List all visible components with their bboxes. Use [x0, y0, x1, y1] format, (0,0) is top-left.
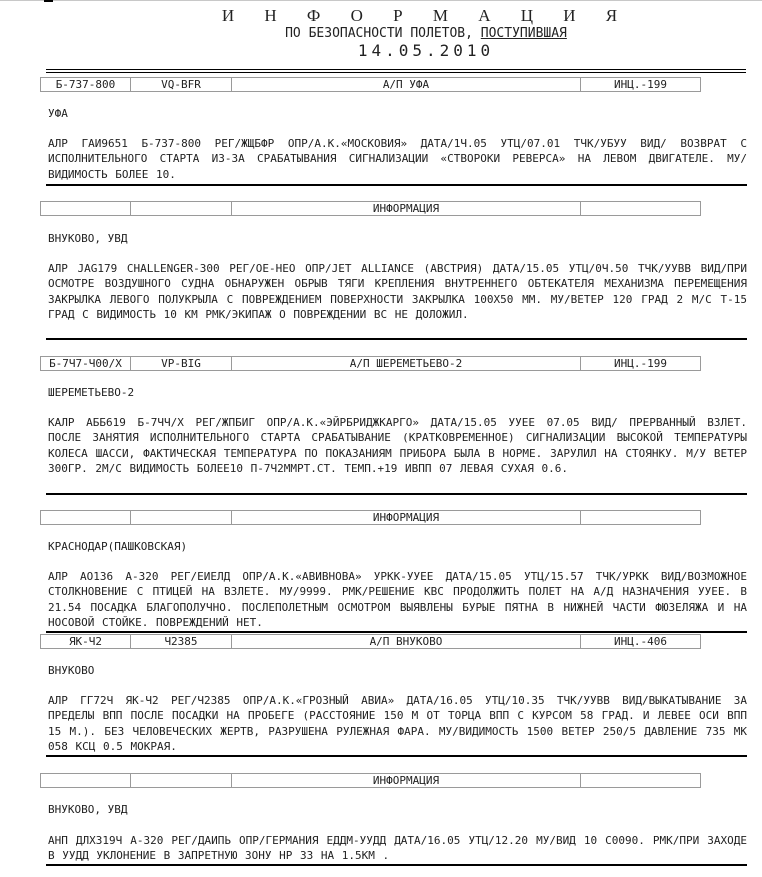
entry-info-table: ИНФОРМАЦИЯ: [40, 201, 701, 216]
entry-location: ВНУКОВО: [48, 664, 94, 678]
incident-number-cell: ИНЦ.-406: [581, 635, 700, 648]
entry-report-text: КАЛР АББ619 Б-7ЧЧ/Х РЕГ/ЖПБИГ ОПР/А.К.«Э…: [48, 415, 747, 476]
registration-cell: VQ-BFR: [131, 78, 232, 91]
entry-report-text: АЛР АО136 А-320 РЕГ/ЕИЕЛД ОПР/А.К.«АВИВН…: [48, 569, 747, 630]
entry-info-table: Б-737-800 VQ-BFR А/П УФА ИНЦ.-199: [40, 77, 701, 92]
incident-number-cell: [581, 202, 700, 215]
entry-report-text: АЛР JAG179 CHALLENGER-300 РЕГ/OE-HEO ОПР…: [48, 261, 747, 322]
document-date: 14.05.2010: [0, 42, 762, 60]
aircraft-type-cell: Б-7Ч7-Ч00/Х: [41, 357, 131, 370]
document-header: И Н Ф О Р М А Ц И Я ПО БЕЗОПАСНОСТИ ПОЛЕ…: [0, 6, 762, 60]
airport-cell: ИНФОРМАЦИЯ: [232, 202, 581, 215]
entry-info-table: ИНФОРМАЦИЯ: [40, 773, 701, 788]
entry-info-table: ИНФОРМАЦИЯ: [40, 510, 701, 525]
entry-location: КРАСНОДАР(ПАШКОВСКАЯ): [48, 540, 187, 554]
aircraft-type-cell: ЯК-Ч2: [41, 635, 131, 648]
airport-cell: ИНФОРМАЦИЯ: [232, 774, 581, 787]
registration-cell: [131, 202, 232, 215]
aircraft-type-cell: [41, 202, 131, 215]
document-subtitle: ПО БЕЗОПАСНОСТИ ПОЛЕТОВ, ПОСТУПИВШАЯ: [0, 26, 762, 42]
registration-cell: [131, 511, 232, 524]
entry-location: УФА: [48, 107, 68, 121]
registration-cell: Ч2385: [131, 635, 232, 648]
page-top-border: [0, 0, 762, 1]
entry-info-table: ЯК-Ч2 Ч2385 А/П ВНУКОВО ИНЦ.-406: [40, 634, 701, 649]
entry-separator-rule: [46, 184, 747, 186]
entry-separator-rule: [46, 755, 747, 757]
airport-cell: А/П ВНУКОВО: [232, 635, 581, 648]
entry-location: ВНУКОВО, УВД: [48, 232, 127, 246]
entry-location: ВНУКОВО, УВД: [48, 803, 127, 817]
entry-location: ШЕРЕМЕТЬЕВО-2: [48, 386, 134, 400]
incident-number-cell: [581, 511, 700, 524]
subtitle-underlined-word: ПОСТУПИВШАЯ: [481, 26, 567, 41]
subtitle-text: ПО БЕЗОПАСНОСТИ ПОЛЕТОВ,: [285, 26, 481, 41]
entry-separator-rule: [46, 864, 747, 866]
entry-info-table: Б-7Ч7-Ч00/Х VP-BIG А/П ШЕРЕМЕТЬЕВО-2 ИНЦ…: [40, 356, 701, 371]
entry-separator-rule: [46, 338, 747, 340]
registration-cell: [131, 774, 232, 787]
header-double-rule: [46, 69, 746, 73]
entry-report-text: АЛР ГАИ9651 Б-737-800 РЕГ/ЖЩБФР ОПР/А.К.…: [48, 136, 747, 182]
aircraft-type-cell: [41, 774, 131, 787]
entry-report-text: АНП ДЛХ319Ч А-320 РЕГ/ДАИПЬ ОПР/ГЕРМАНИЯ…: [48, 833, 747, 864]
registration-cell: VP-BIG: [131, 357, 232, 370]
incident-number-cell: [581, 774, 700, 787]
aircraft-type-cell: [41, 511, 131, 524]
text-cursor-mark: [44, 0, 53, 2]
incident-number-cell: ИНЦ.-199: [581, 78, 700, 91]
aircraft-type-cell: Б-737-800: [41, 78, 131, 91]
airport-cell: ИНФОРМАЦИЯ: [232, 511, 581, 524]
airport-cell: А/П ШЕРЕМЕТЬЕВО-2: [232, 357, 581, 370]
airport-cell: А/П УФА: [232, 78, 581, 91]
incident-number-cell: ИНЦ.-199: [581, 357, 700, 370]
entry-separator-rule: [46, 493, 747, 495]
document-title: И Н Ф О Р М А Ц И Я: [0, 6, 762, 26]
entry-report-text: АЛР ГГ72Ч ЯК-Ч2 РЕГ/Ч2385 ОПР/А.К.«ГРОЗН…: [48, 693, 747, 754]
entry-separator-rule: [46, 631, 747, 633]
